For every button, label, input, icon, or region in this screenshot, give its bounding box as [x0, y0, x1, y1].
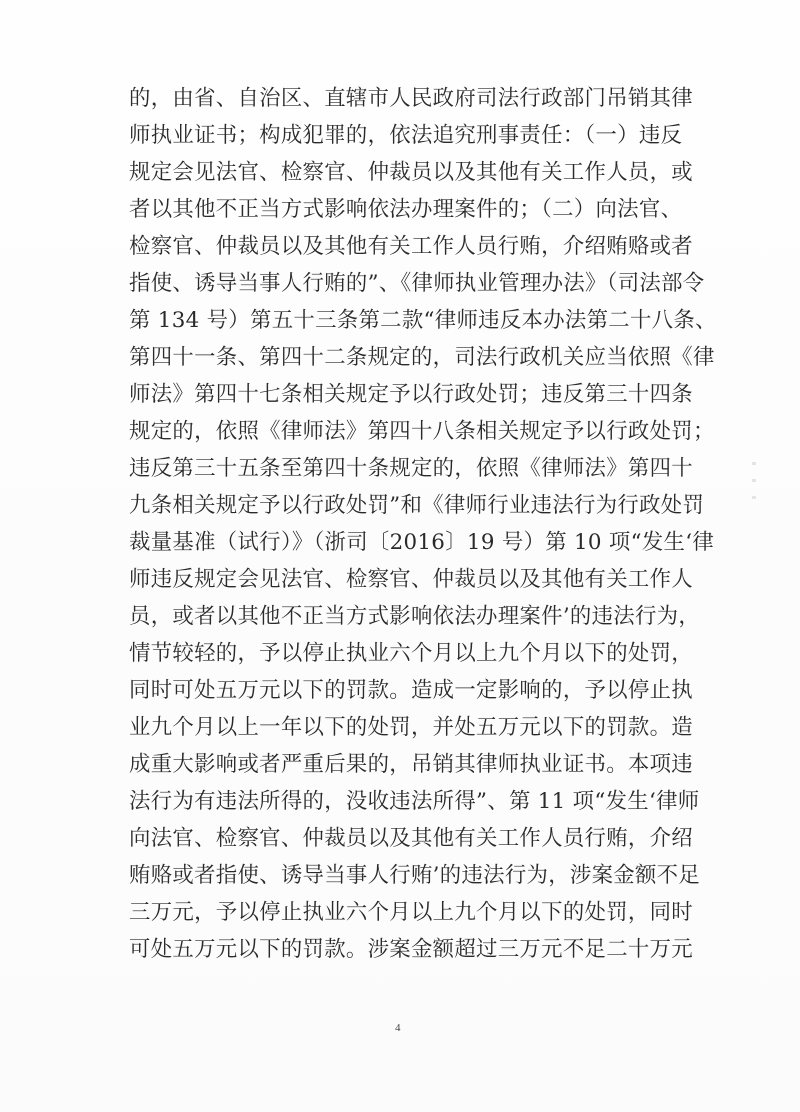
text-line: 同时可处五万元以下的罚款。造成一定影响的，予以停止执	[129, 672, 671, 709]
text-line: 师法》第四十七条相关规定予以行政处罚；违反第三十四条	[129, 376, 671, 413]
text-line: 师违反规定会见法官、检察官、仲裁员以及其他有关工作人	[129, 561, 671, 598]
text-line: 第四十一条、第四十二条规定的，司法行政机关应当依照《律	[129, 339, 671, 376]
text-line: 指使、诱导当事人行贿的”、《律师执业管理办法》（司法部令	[129, 265, 671, 302]
text-line: 业九个月以上一年以下的处罚，并处五万元以下的罚款。造	[129, 709, 671, 746]
text-line: 成重大影响或者严重后果的，吊销其律师执业证书。本项违	[129, 746, 671, 783]
text-line: 者以其他不正当方式影响依法办理案件的；（二）向法官、	[129, 191, 671, 228]
text-line: 向法官、检察官、仲裁员以及其他有关工作人员行贿，介绍	[129, 820, 671, 857]
text-line: 员，或者以其他不正当方式影响依法办理案件’的违法行为，	[129, 598, 671, 635]
text-line: 贿赂或者指使、诱导当事人行贿’的违法行为，涉案金额不足	[129, 857, 671, 894]
text-line: 检察官、仲裁员以及其他有关工作人员行贿，介绍贿赂或者	[129, 228, 671, 265]
text-line: 违反第三十五条至第四十条规定的，依照《律师法》第四十	[129, 450, 671, 487]
document-page: 的，由省、自治区、直辖市人民政府司法行政部门吊销其律 师执业证书；构成犯罪的，依…	[0, 0, 800, 1112]
page-number: 4	[395, 1022, 401, 1034]
text-line: 师执业证书；构成犯罪的，依法追究刑事责任：（一）违反	[129, 117, 671, 154]
text-line: 裁量基准（试行）》（浙司〔2016〕19 号）第 10 项“发生‘律	[129, 524, 671, 561]
scan-artifact	[752, 462, 760, 522]
text-line: 规定的，依照《律师法》第四十八条相关规定予以行政处罚；	[129, 413, 671, 450]
text-line: 第 134 号）第五十三条第二款“律师违反本办法第二十八条、	[129, 302, 671, 339]
text-line: 法行为有违法所得的，没收违法所得”、第 11 项“发生‘律师	[129, 783, 671, 820]
text-line: 三万元，予以停止执业六个月以上九个月以下的处罚，同时	[129, 894, 671, 931]
body-text: 的，由省、自治区、直辖市人民政府司法行政部门吊销其律 师执业证书；构成犯罪的，依…	[129, 80, 689, 968]
text-line: 九条相关规定予以行政处罚”和《律师行业违法行为行政处罚	[129, 487, 671, 524]
text-line: 规定会见法官、检察官、仲裁员以及其他有关工作人员，或	[129, 154, 671, 191]
text-line: 情节较轻的，予以停止执业六个月以上九个月以下的处罚，	[129, 635, 671, 672]
text-line: 的，由省、自治区、直辖市人民政府司法行政部门吊销其律	[129, 80, 671, 117]
text-line: 可处五万元以下的罚款。涉案金额超过三万元不足二十万元	[129, 931, 671, 968]
